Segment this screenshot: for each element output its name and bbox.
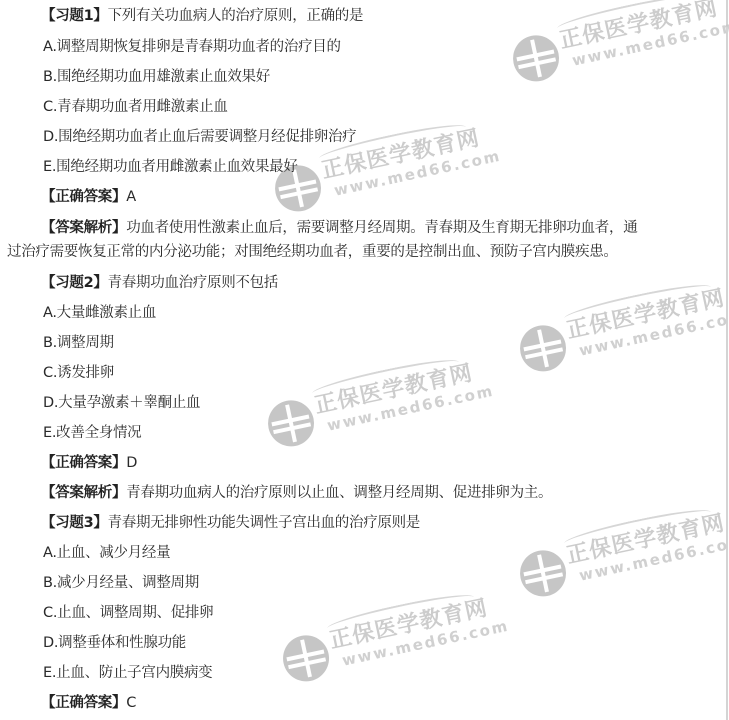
correct-answer: 【正确答案】C [41,693,136,713]
exercise-document: 正保医学教育网 www.med66.com 正保医学教育网 www.med66.… [0,0,729,720]
med66-logo-icon [516,321,571,376]
correct-answer: 【正确答案】D [41,453,137,473]
watermark: 正保医学教育网 www.med66.com [277,589,489,709]
question-tag: 【习题3】 [41,515,108,531]
option-d: D.大量孕激素＋睾酮止血 [43,393,200,413]
option-a: A.大量雌激素止血 [43,303,156,323]
answer-tag: 【正确答案】 [41,695,126,711]
option-a: A.止血、减少月经量 [43,543,170,563]
option-e: E.止血、防止子宫内膜病变 [43,663,212,683]
answer-analysis-continued: 过治疗需要恢复正常的内分泌功能；对围绝经期功血者，重要的是控制出血、预防子宫内膜… [7,242,618,262]
option-a: A.调整周期恢复排卵是青春期功血者的治疗目的 [43,37,341,57]
watermark: 正保医学教育网 www.med66.com [262,354,474,474]
option-c: C.诱发排卵 [43,363,114,383]
option-b: B.围绝经期功血用雄激素止血效果好 [43,67,270,87]
analysis-tag: 【答案解析】 [41,485,126,501]
answer-value: A [126,189,136,205]
answer-tag: 【正确答案】 [41,189,126,205]
question-stem: 下列有关功血病人的治疗原则，正确的是 [108,8,364,24]
analysis-text: 功血者使用性激素止血后，需要调整月经周期。青春期及生育期无排卵功血者，通 [126,220,637,236]
med66-logo-icon [516,546,571,601]
option-e: E.改善全身情况 [43,423,141,443]
watermark: 正保医学教育网 www.med66.com [514,279,726,399]
question-2-title: 【习题2】青春期功血治疗原则不包括 [41,273,278,293]
answer-value: C [126,695,136,711]
page-edge-divider [726,0,728,720]
option-c: C.青春期功血者用雌激素止血 [43,97,228,117]
option-e: E.围绝经期功血者用雌激素止血效果最好 [43,157,298,177]
option-b: B.调整周期 [43,333,114,353]
option-d: D.围绝经期功血者止血后需要调整月经促排卵治疗 [43,127,356,147]
option-b: B.减少月经量、调整周期 [43,573,199,593]
correct-answer: 【正确答案】A [41,187,136,207]
option-c: C.止血、调整周期、促排卵 [43,603,213,623]
med66-logo-icon [279,631,334,686]
answer-analysis: 【答案解析】青春期功血病人的治疗原则以止血、调整月经周期、促进排卵为主。 [41,483,552,503]
med66-logo-icon [264,396,319,451]
question-stem: 青春期功血治疗原则不包括 [108,275,278,291]
analysis-tag: 【答案解析】 [41,220,126,236]
question-3-title: 【习题3】青春期无排卵性功能失调性子宫出血的治疗原则是 [41,513,420,533]
watermark: 正保医学教育网 www.med66.com [514,504,726,624]
med66-logo-icon [509,31,564,86]
option-d: D.调整垂体和性腺功能 [43,633,186,653]
question-tag: 【习题1】 [41,8,108,24]
answer-analysis: 【答案解析】功血者使用性激素止血后，需要调整月经周期。青春期及生育期无排卵功血者… [41,218,637,238]
question-tag: 【习题2】 [41,275,108,291]
question-1-title: 【习题1】下列有关功血病人的治疗原则，正确的是 [41,6,363,26]
answer-value: D [126,455,137,471]
question-stem: 青春期无排卵性功能失调性子宫出血的治疗原则是 [108,515,420,531]
analysis-text: 青春期功血病人的治疗原则以止血、调整月经周期、促进排卵为主。 [126,485,552,501]
answer-tag: 【正确答案】 [41,455,126,471]
watermark: 正保医学教育网 www.med66.com [507,0,719,109]
